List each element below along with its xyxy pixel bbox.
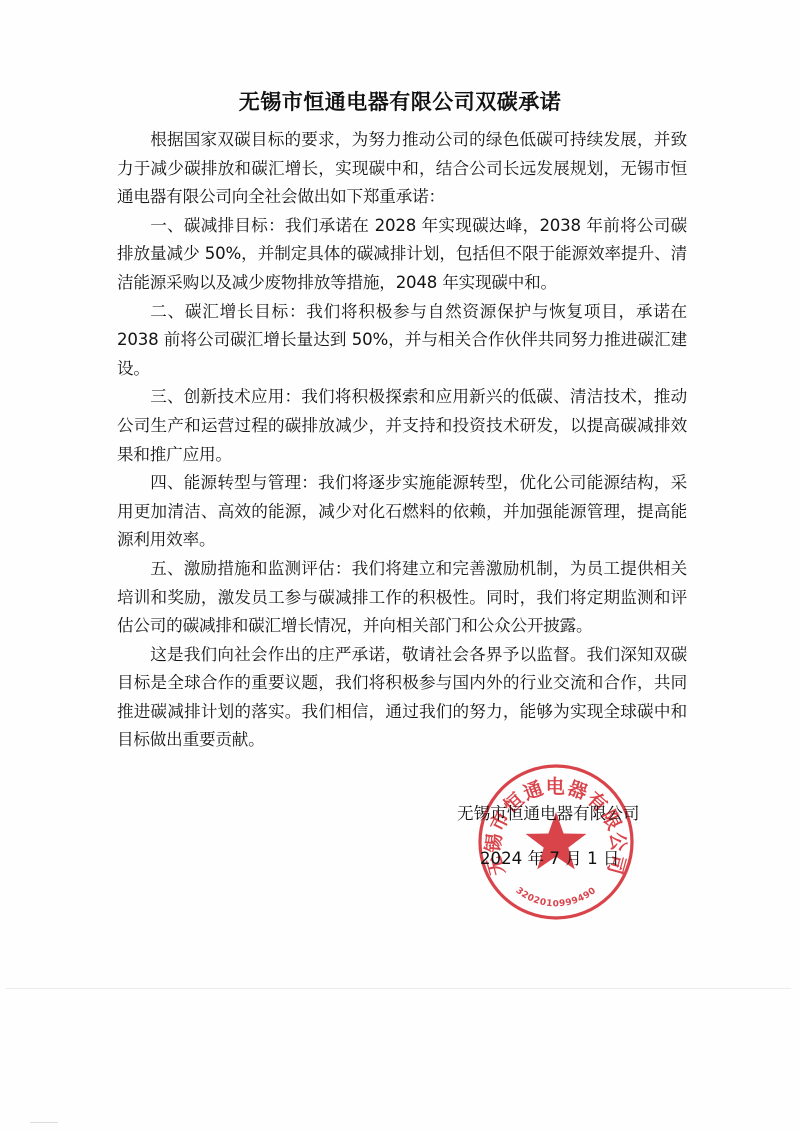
scan-fold-line: [6, 988, 791, 989]
document-page: 无锡市恒通电器有限公司双碳承诺 根据国家双碳目标的要求，为努力推动公司的绿色低碳…: [0, 0, 800, 1131]
scan-mark: [30, 1122, 58, 1123]
document-body: 根据国家双碳目标的要求，为努力推动公司的绿色低碳可持续发展，并致力于减少碳排放和…: [117, 126, 687, 755]
paragraph-carbon-reduction: 一、碳减排目标：我们承诺在 2028 年实现碳达峰，2038 年前将公司碳排放量…: [117, 212, 687, 298]
svg-text:3202010999490: 3202010999490: [514, 886, 599, 910]
signature-company-name: 无锡市恒通电器有限公司: [457, 800, 640, 824]
signature-date: 2024 年 7 月 1 日: [480, 845, 620, 869]
paragraph-innovation: 三、创新技术应用：我们将积极探索和应用新兴的低碳、清洁技术，推动公司生产和运营过…: [117, 383, 687, 469]
company-seal-icon: 无锡市恒通电器有限公司 3202010999490: [476, 762, 636, 922]
document-title: 无锡市恒通电器有限公司双碳承诺: [0, 86, 800, 116]
paragraph-carbon-sink: 二、碳汇增长目标：我们将积极参与自然资源保护与恢复项目，承诺在 2038 前将公…: [117, 298, 687, 384]
paragraph-energy-transition: 四、能源转型与管理：我们将逐步实施能源转型，优化公司能源结构，采用更加清洁、高效…: [117, 469, 687, 555]
paragraph-closing: 这是我们向社会作出的庄严承诺，敬请社会各界予以监督。我们深知双碳目标是全球合作的…: [117, 641, 687, 755]
paragraph-incentives: 五、激励措施和监测评估：我们将建立和完善激励机制，为员工提供相关培训和奖励，激发…: [117, 555, 687, 641]
paragraph-intro: 根据国家双碳目标的要求，为努力推动公司的绿色低碳可持续发展，并致力于减少碳排放和…: [117, 126, 687, 212]
